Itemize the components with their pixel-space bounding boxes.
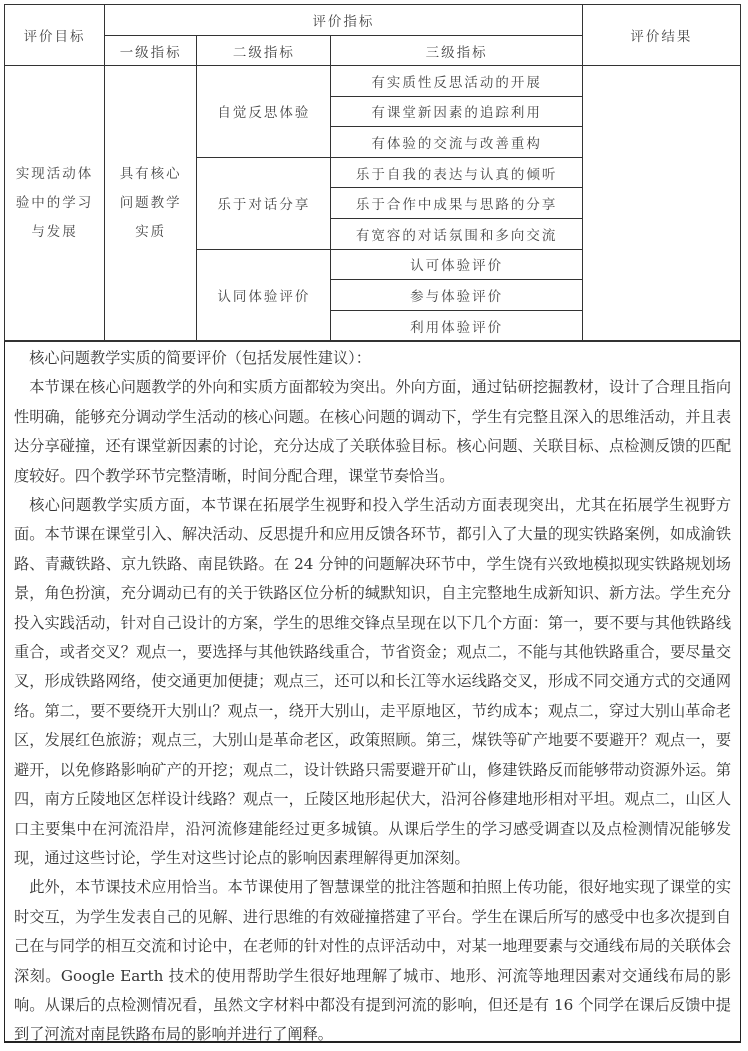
result-cell xyxy=(582,66,740,341)
header-level2: 二级指标 xyxy=(197,36,331,66)
header-level3: 三级指标 xyxy=(331,36,582,66)
level3-cell: 有宽容的对话氛围和多向交流 xyxy=(331,218,582,249)
level3-cell: 有实质性反思活动的开展 xyxy=(331,66,582,97)
level3-cell: 参与体验评价 xyxy=(331,280,582,311)
level2-cell: 认同体验评价 xyxy=(197,249,331,341)
level3-cell: 有课堂新因素的追踪利用 xyxy=(331,96,582,127)
header-level1: 一级指标 xyxy=(105,36,197,66)
level3-cell: 乐于自我的表达与认真的倾听 xyxy=(331,157,582,188)
summary-paragraph: 核心问题教学实质方面，本节课在拓展学生视野和投入学生活动方面表现突出，尤其在拓展… xyxy=(14,491,731,873)
summary-section: 核心问题教学实质的简要评价（包括发展性建议）： 本节课在核心问题教学的外向和实质… xyxy=(4,341,741,1043)
level1-text: 具有核心问题教学实质 xyxy=(118,160,184,247)
level1-cell: 具有核心问题教学实质 xyxy=(105,66,197,341)
summary-paragraph: 此外，本节课技术应用恰当。本节课使用了智慧课堂的批注答题和拍照上传功能，很好地实… xyxy=(14,873,731,1049)
level2-cell: 乐于对话分享 xyxy=(197,157,331,249)
summary-heading: 核心问题教学实质的简要评价（包括发展性建议）： xyxy=(14,344,731,373)
goal-cell: 实现活动体验中的学习与发展 xyxy=(5,66,105,341)
header-result: 评价结果 xyxy=(582,5,740,66)
header-indicators: 评价指标 xyxy=(105,5,583,36)
level3-cell: 利用体验评价 xyxy=(331,310,582,341)
evaluation-table: 评价目标 评价指标 评价结果 一级指标 二级指标 三级指标 实现活动体验中的学习… xyxy=(4,4,741,341)
level2-cell: 自觉反思体验 xyxy=(197,66,331,158)
level3-cell: 乐于合作中成果与思路的分享 xyxy=(331,188,582,219)
goal-text: 实现活动体验中的学习与发展 xyxy=(13,160,97,247)
level3-cell: 认可体验评价 xyxy=(331,249,582,280)
header-goal: 评价目标 xyxy=(5,5,105,66)
summary-paragraph: 本节课在核心问题教学的外向和实质方面都较为突出。外向方面，通过钻研挖掘教材，设计… xyxy=(14,373,731,491)
level3-cell: 有体验的交流与改善重构 xyxy=(331,127,582,158)
